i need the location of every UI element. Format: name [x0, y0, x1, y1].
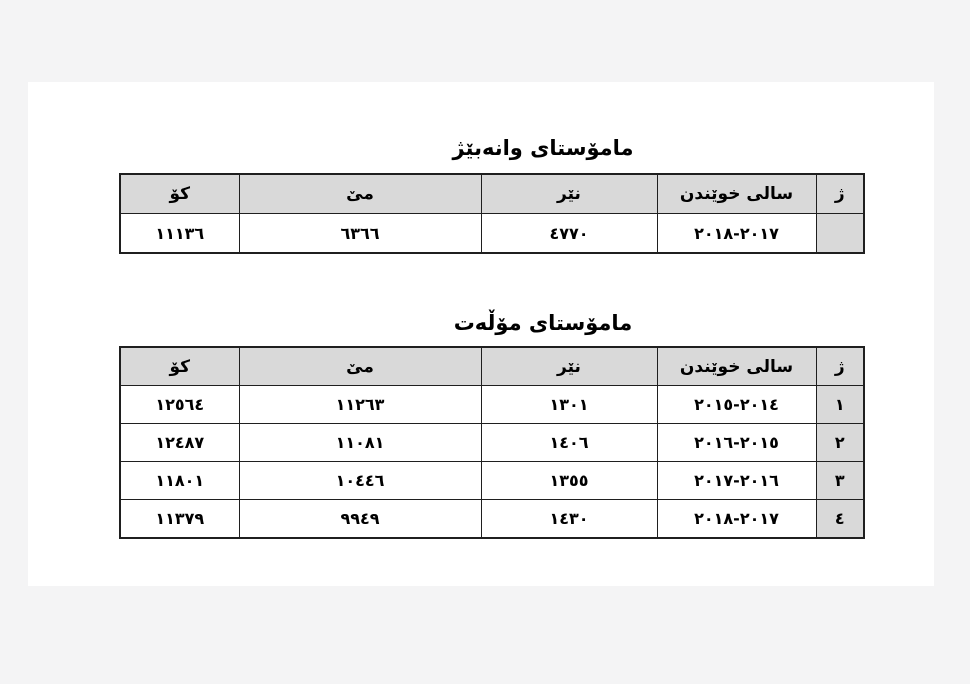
cell-total: ١١٨٠١: [120, 462, 239, 500]
cell-total: ١٢٥٦٤: [120, 386, 239, 424]
cell-no: ١: [816, 386, 864, 424]
header-cell-female: مێ: [239, 174, 481, 214]
header-cell-no: ژ: [816, 347, 864, 386]
header-cell-total: کۆ: [120, 347, 239, 386]
cell-no: ٣: [816, 462, 864, 500]
cell-no: [816, 214, 864, 254]
header-cell-total: کۆ: [120, 174, 239, 214]
table-header-row: ژ سالی خوێندن نێر مێ کۆ: [120, 174, 864, 214]
cell-year: ٢٠١٧-٢٠١٨: [657, 214, 816, 254]
cell-female: ٦٣٦٦: [239, 214, 481, 254]
cell-year: ٢٠١٦-٢٠١٧: [657, 462, 816, 500]
cell-no: ٢: [816, 424, 864, 462]
document-page: مامۆستای وانەبێژ ژ سالی خوێندن نێر مێ کۆ…: [28, 82, 934, 586]
header-cell-year: سالی خوێندن: [657, 347, 816, 386]
cell-total: ١١١٣٦: [120, 214, 239, 254]
cell-female: ١١٢٦٣: [239, 386, 481, 424]
header-cell-male: نێر: [481, 174, 657, 214]
cell-total: ١٢٤٨٧: [120, 424, 239, 462]
cell-male: ١٣٠١: [481, 386, 657, 424]
table-row: ٢٠١٧-٢٠١٨ ٤٧٧٠ ٦٣٦٦ ١١١٣٦: [120, 214, 864, 254]
cell-female: ٩٩٤٩: [239, 500, 481, 539]
cell-male: ٤٧٧٠: [481, 214, 657, 254]
header-cell-male: نێر: [481, 347, 657, 386]
cell-no: ٤: [816, 500, 864, 539]
cell-male: ١٤٣٠: [481, 500, 657, 539]
cell-female: ١١٠٨١: [239, 424, 481, 462]
cell-year: ٢٠١٤-٢٠١٥: [657, 386, 816, 424]
cell-female: ١٠٤٤٦: [239, 462, 481, 500]
table-row: ٢ ٢٠١٥-٢٠١٦ ١٤٠٦ ١١٠٨١ ١٢٤٨٧: [120, 424, 864, 462]
header-cell-year: سالی خوێندن: [657, 174, 816, 214]
cell-male: ١٣٥٥: [481, 462, 657, 500]
table-row: ٤ ٢٠١٧-٢٠١٨ ١٤٣٠ ٩٩٤٩ ١١٣٧٩: [120, 500, 864, 539]
leave-teachers-table: ژ سالی خوێندن نێر مێ کۆ ١ ٢٠١٤-٢٠١٥ ١٣٠١…: [119, 346, 865, 539]
screenshot-root: { "colors": { "page-bg": "#f4f4f5", "pap…: [0, 0, 970, 684]
table-header-row: ژ سالی خوێندن نێر مێ کۆ: [120, 347, 864, 386]
header-cell-female: مێ: [239, 347, 481, 386]
leave-table-title: مامۆستای مۆڵەت: [152, 308, 934, 338]
header-cell-no: ژ: [816, 174, 864, 214]
lecturer-table-title: مامۆستای وانەبێژ: [152, 133, 934, 163]
cell-year: ٢٠١٧-٢٠١٨: [657, 500, 816, 539]
table-row: ٣ ٢٠١٦-٢٠١٧ ١٣٥٥ ١٠٤٤٦ ١١٨٠١: [120, 462, 864, 500]
cell-year: ٢٠١٥-٢٠١٦: [657, 424, 816, 462]
lecturer-teachers-table: ژ سالی خوێندن نێر مێ کۆ ٢٠١٧-٢٠١٨ ٤٧٧٠ ٦…: [119, 173, 865, 254]
cell-male: ١٤٠٦: [481, 424, 657, 462]
table-row: ١ ٢٠١٤-٢٠١٥ ١٣٠١ ١١٢٦٣ ١٢٥٦٤: [120, 386, 864, 424]
cell-total: ١١٣٧٩: [120, 500, 239, 539]
